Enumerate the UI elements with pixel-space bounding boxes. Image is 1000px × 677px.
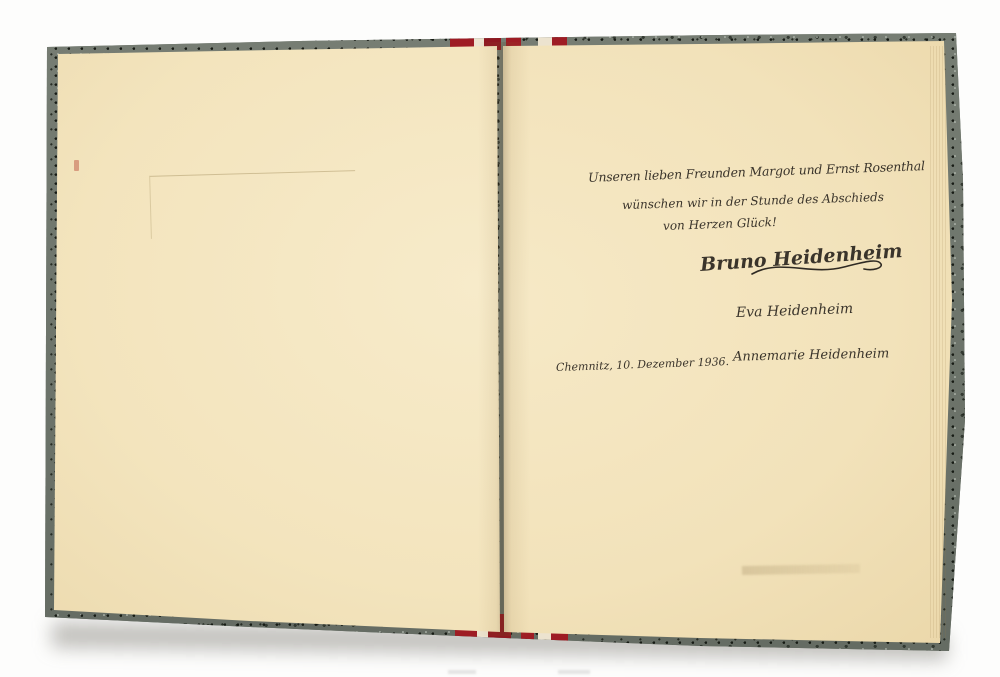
bottom-smudge — [448, 670, 476, 674]
bottom-smudge — [558, 670, 590, 674]
photo-of-open-book: Unseren lieben Freunden Margot und Ernst… — [0, 0, 1000, 677]
embossed-corner-impression — [149, 170, 357, 239]
small-red-mark — [74, 160, 79, 171]
signature-flourish — [752, 250, 884, 280]
page-block-fore-edge — [930, 46, 946, 638]
book-gutter-shadow — [478, 42, 530, 636]
